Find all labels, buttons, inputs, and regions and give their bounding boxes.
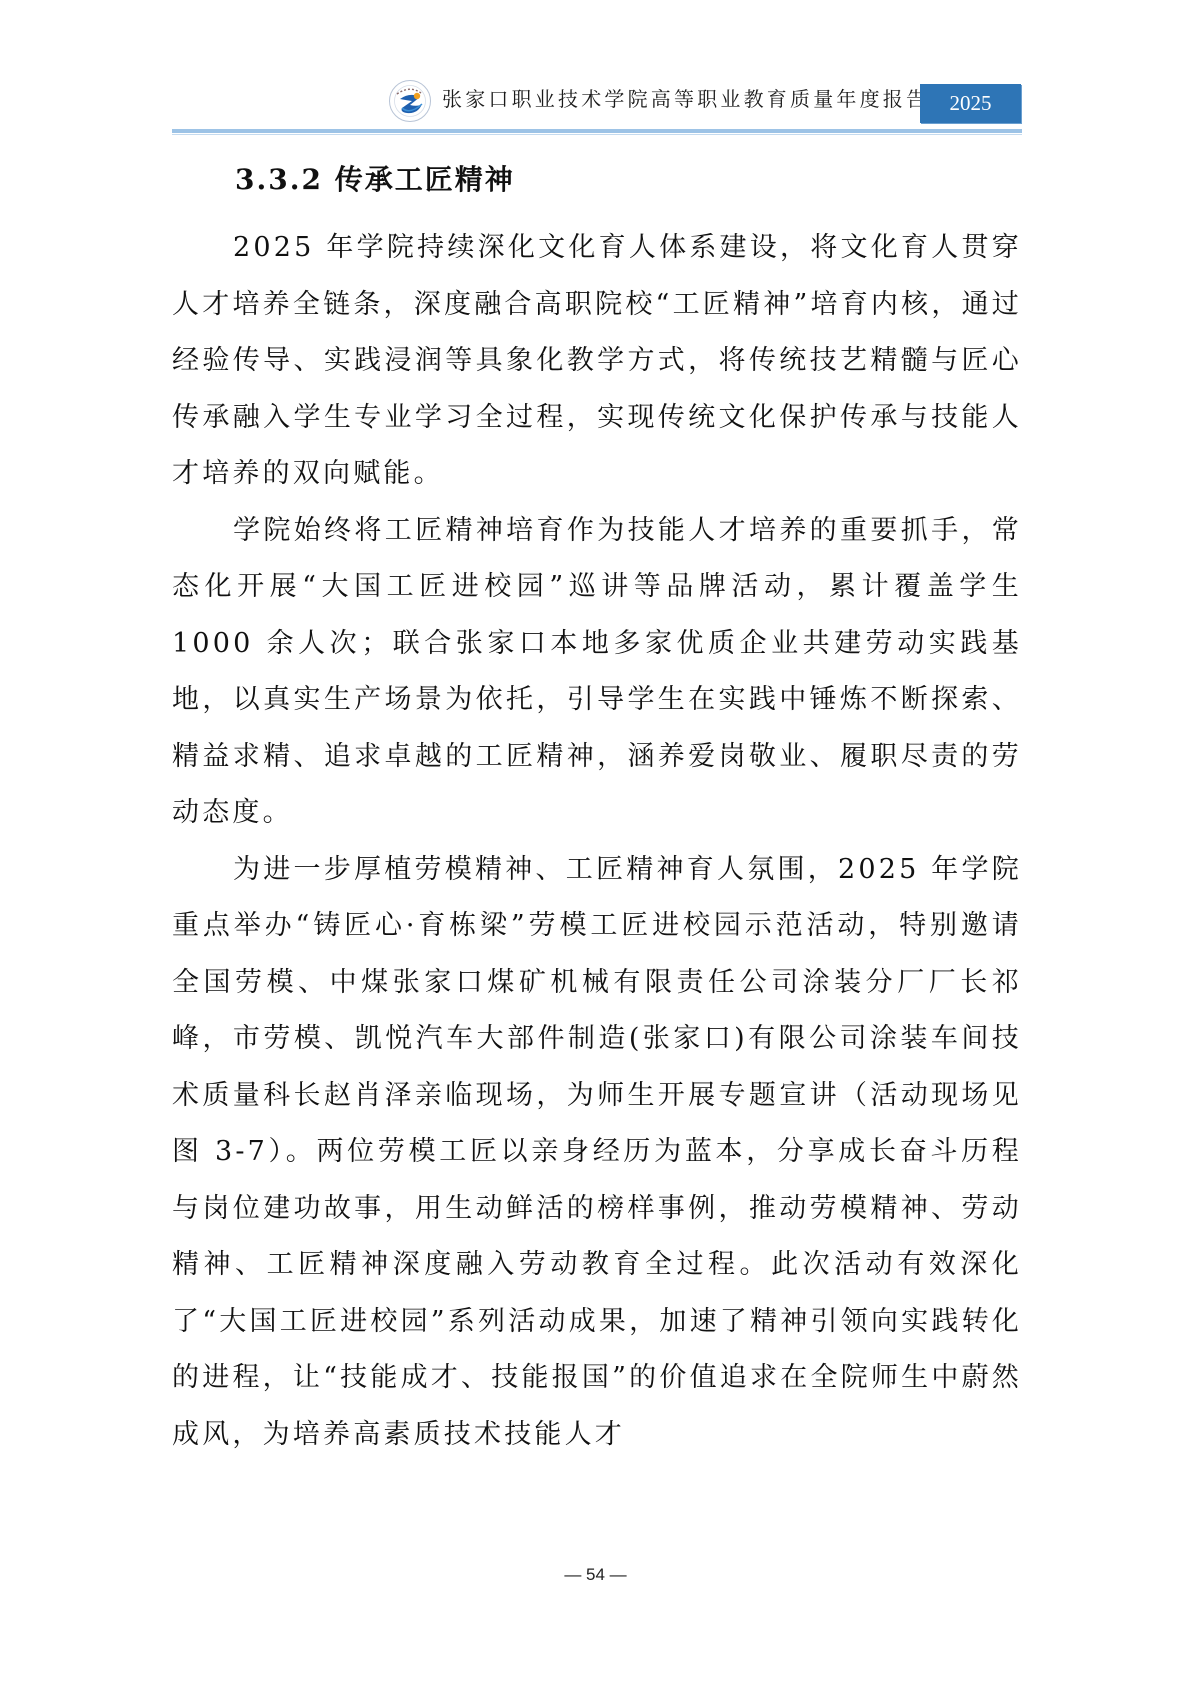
page-header: 张家口职业技术学院高等职业教育质量年度报告 2025 — [0, 0, 1191, 140]
paragraph-craftsman-spirit: 学院始终将工匠精神培育作为技能人才培养的重要抓手，常态化开展“大国工匠进校园”巡… — [172, 503, 1022, 842]
year-badge: 2025 — [920, 84, 1021, 123]
header-divider — [172, 129, 1022, 133]
report-title: 张家口职业技术学院高等职业教育质量年度报告 — [442, 84, 929, 114]
body-text: 2025 年学院持续深化文化育人体系建设，将文化育人贯穿人才培养全链条，深度融合… — [172, 220, 1022, 1463]
section-heading: 3.3.2 传承工匠精神 — [235, 160, 515, 200]
header-divider-thin — [172, 134, 1022, 135]
paragraph-culture-education: 2025 年学院持续深化文化育人体系建设，将文化育人贯穿人才培养全链条，深度融合… — [172, 220, 1022, 503]
paragraph-model-worker-event: 为进一步厚植劳模精神、工匠精神育人氛围，2025 年学院重点举办“铸匠心·育栋梁… — [172, 842, 1022, 1464]
college-emblem-icon — [388, 79, 432, 123]
page-number: — 54 — — [0, 1562, 1191, 1588]
